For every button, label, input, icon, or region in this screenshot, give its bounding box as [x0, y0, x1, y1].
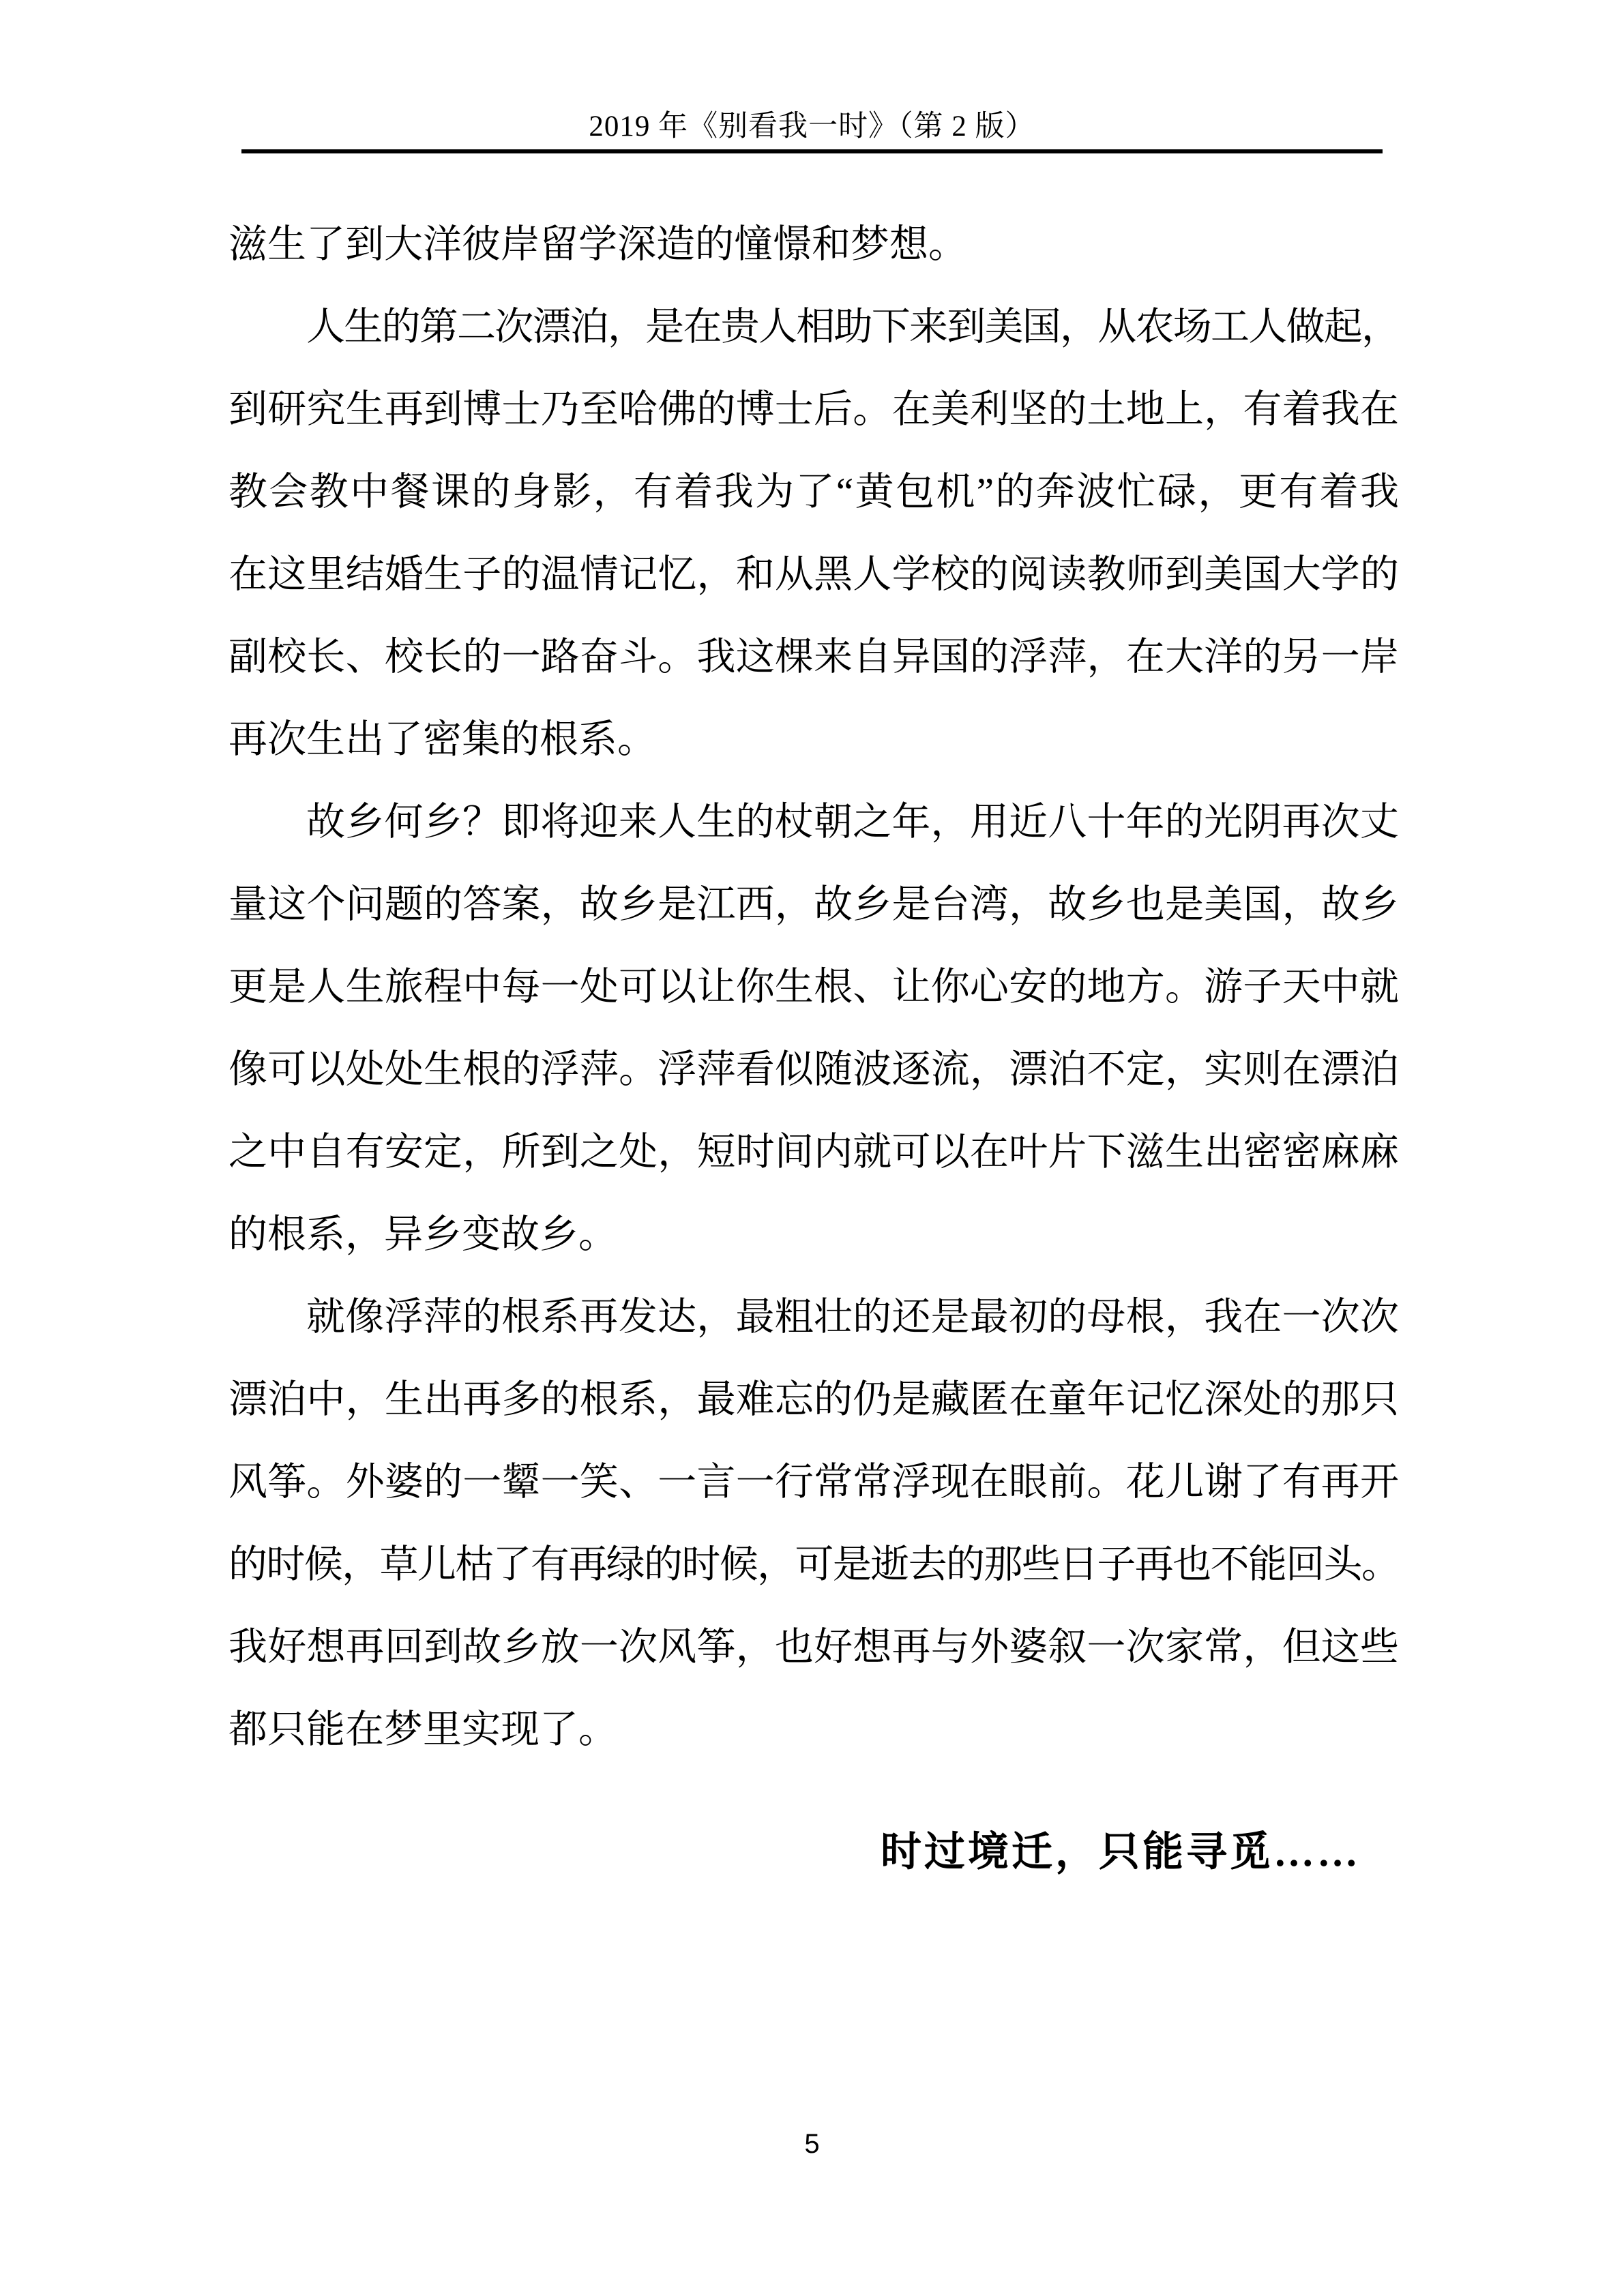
body-line: 我好想再回到故乡放一次风筝，也好想再与外婆叙一次家常，但这些	[228, 1606, 1399, 1688]
body-line: 教会教中餐课的身影，有着我为了“黄包机”的奔波忙碌，更有着我	[228, 451, 1399, 533]
body-line: 副校长、校长的一路奋斗。我这棵来自异国的浮萍，在大洋的另一岸	[228, 616, 1399, 698]
header-divider	[241, 149, 1383, 153]
body-line: 漂泊中，生出再多的根系，最难忘的仍是藏匿在童年记忆深处的那只	[228, 1358, 1399, 1441]
body-line: 更是人生旅程中每一处可以让你生根、让你心安的地方。游子天中就	[228, 946, 1399, 1028]
body-line: 就像浮萍的根系再发达，最粗壮的还是最初的母根，我在一次次	[228, 1276, 1399, 1358]
body-line: 风筝。外婆的一颦一笑、一言一行常常浮现在眼前。花儿谢了有再开	[228, 1441, 1399, 1523]
body-line: 人生的第二次漂泊，是在贵人相助下来到美国，从农场工人做起，	[228, 286, 1399, 368]
page-number: 5	[0, 2128, 1624, 2160]
document-page: 2019 年《别看我一时》（第 2 版） 滋生了到大洋彼岸留学深造的憧憬和梦想。…	[0, 0, 1624, 2296]
body-line: 的根系，异乡变故乡。	[228, 1193, 1399, 1276]
body-line: 之中自有安定，所到之处，短时间内就可以在叶片下滋生出密密麻麻	[228, 1111, 1399, 1193]
body-line: 的时候，草儿枯了有再绿的时候，可是逝去的那些日子再也不能回头。	[228, 1523, 1399, 1606]
body-line: 再次生出了密集的根系。	[228, 698, 1399, 781]
body-line: 都只能在梦里实现了。	[228, 1688, 1399, 1771]
page-header-title: 2019 年《别看我一时》（第 2 版）	[0, 109, 1624, 145]
body-line: 在这里结婚生子的温情记忆，和从黑人学校的阅读教师到美国大学的	[228, 533, 1399, 616]
closing-calligraphy-line: 时过境迁，只能寻觅……	[228, 1825, 1399, 1879]
body-line: 像可以处处生根的浮萍。浮萍看似随波逐流，漂泊不定，实则在漂泊	[228, 1028, 1399, 1111]
body-line: 故乡何乡？即将迎来人生的杖朝之年，用近八十年的光阴再次丈	[228, 781, 1399, 863]
body-line: 量这个问题的答案，故乡是江西，故乡是台湾，故乡也是美国，故乡	[228, 863, 1399, 946]
essay-body: 滋生了到大洋彼岸留学深造的憧憬和梦想。 人生的第二次漂泊，是在贵人相助下来到美国…	[228, 203, 1399, 1771]
body-line: 到研究生再到博士乃至哈佛的博士后。在美利坚的土地上，有着我在	[228, 368, 1399, 451]
body-line: 滋生了到大洋彼岸留学深造的憧憬和梦想。	[228, 203, 1399, 286]
